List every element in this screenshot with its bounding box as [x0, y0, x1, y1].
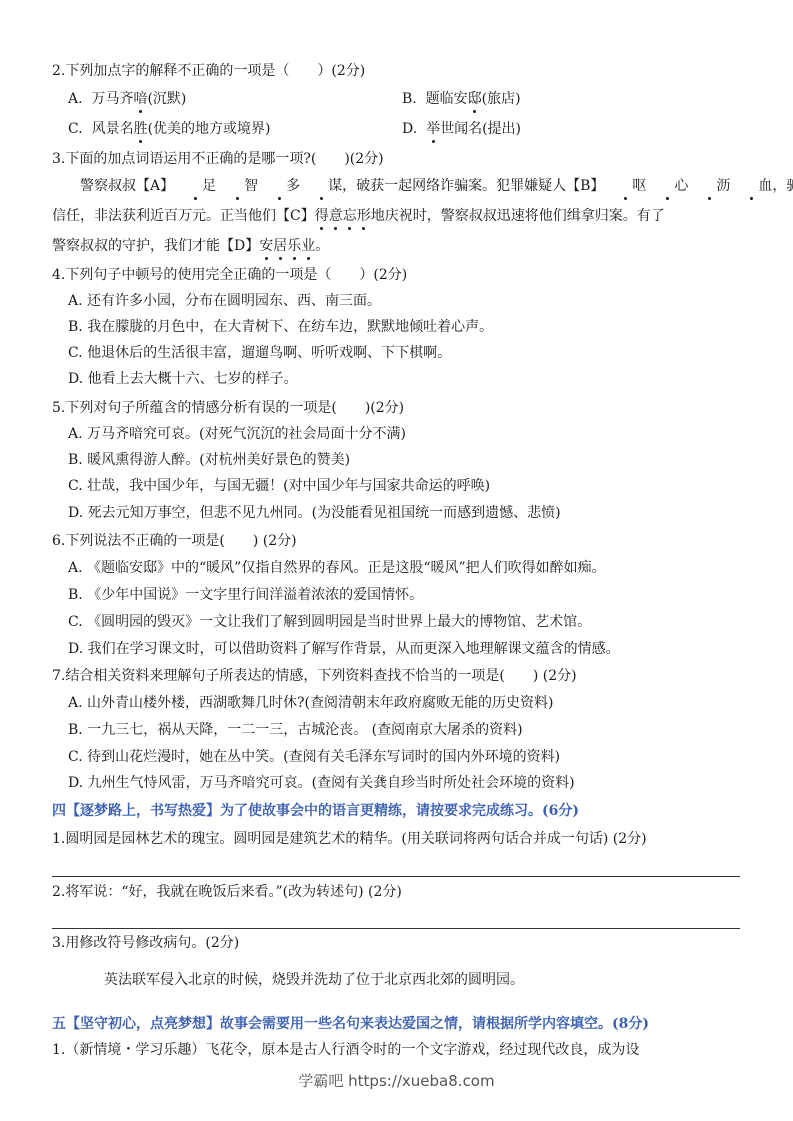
passage-text: 警察叔叔【A】 [80, 178, 174, 194]
section-4-heading: 四【逐梦路上，书写热爱】为了使故事会中的语言更精练，请按要求完成练习。(6分) [52, 801, 763, 821]
emphasis-char: 乐 [287, 236, 301, 256]
emphasis-char: 足 [174, 176, 216, 196]
emphasis-char: 胜 [134, 119, 148, 139]
q4-stem: 4.下列句子中顿号的使用完全正确的一项是（ ）(2分) [52, 265, 763, 285]
emphasis-char: 智 [216, 176, 258, 196]
emphasis-char: 多 [258, 176, 300, 196]
emphasis-char: 忘 [343, 206, 357, 226]
option-label: A. [68, 91, 83, 107]
q3-stem: 3.下面的加点词语运用不正确的是哪一项?( )(2分) [52, 149, 763, 169]
option-label: D. [402, 121, 417, 137]
passage-text: 信任，非法获利近百万元。正当他们【C】 [52, 208, 315, 224]
emphasis-char: 安 [259, 236, 273, 256]
q4-option-d: D. 他看上去大概十六、七岁的样子。 [68, 369, 763, 389]
q2-stem: 2.下列加点字的解释不正确的一项是（ ）(2分) [52, 61, 763, 81]
q7-stem: 7.结合相关资料来理解句子所表达的情感，下列资料查找不恰当的一项是( ) (2分… [52, 666, 763, 686]
q3-passage-line-3: 警察叔叔的守护，我们才能【D】安居乐业。 [52, 236, 763, 256]
emphasis-char: 血 [730, 176, 772, 196]
q6-option-a: A. 《题临安邸》中的“暖风”仅指自然界的春风。正是这股“暖风”把人们吹得如醉如… [68, 558, 763, 578]
option-text: (沉默) [147, 91, 186, 107]
q3-passage-line-2: 信任，非法获利近百万元。正当他们【C】得意忘形地庆祝时，警察叔叔迅速将他们缉拿归… [52, 206, 763, 226]
q7-option-a: A. 山外青山楼外楼，西湖歌舞几时休?(查阅清朝末年政府腐败无能的历史资料) [68, 693, 763, 713]
emphasis-char: 得 [315, 206, 329, 226]
emphasis-char: 业 [301, 236, 315, 256]
q2-option-d: D. 举世闻名(提出) [402, 119, 763, 139]
option-text: (优美的地方或境界) [148, 121, 271, 137]
emphasis-char: 沥 [688, 176, 730, 196]
answer-line-1[interactable] [52, 876, 740, 877]
exam-page: 2.下列加点字的解释不正确的一项是（ ）(2分) A. 万马齐喑(沉默) B. … [0, 0, 793, 1121]
emphasis-char: 居 [273, 236, 287, 256]
q5-option-a: A. 万马齐喑究可哀。(对死气沉沉的社会局面十分不满) [68, 424, 763, 444]
emphasis-char: 呕 [604, 176, 646, 196]
q3-passage-line-1: 警察叔叔【A】足智多谋，破获一起网络诈骗案。犯罪嫌疑人【B】呕心沥血，骗取多位事… [52, 176, 763, 196]
passage-text: ，破获一起网络诈骗案。犯罪嫌疑人【B】 [342, 178, 604, 194]
q7-option-c: C. 待到山花烂漫时，她在丛中笑。(查阅有关毛泽东写词时的国内外环境的资料) [68, 747, 763, 767]
q5-option-d: D. 死去元知万事空，但悲不见九州同。(为没能看见祖国统一而感到遗憾、悲愤) [68, 503, 763, 523]
emphasis-char: 心 [646, 176, 688, 196]
option-text: 万马齐 [91, 91, 133, 107]
watermark: 学霸吧 https://xueba8.com [0, 1070, 793, 1091]
section-4-q3-sentence: 英法联军侵入北京的时候，烧毁并洗劫了位于北京西北郊的圆明园。 [104, 970, 763, 990]
q7-option-d: D. 九州生气恃风雷，万马齐喑究可哀。(查阅有关龚自珍当时所处社会环境的资料) [68, 773, 763, 793]
q5-stem: 5.下列对句子所蕴含的情感分析有误的一项是( )(2分) [52, 398, 763, 418]
q6-option-d: D. 我们在学习课文时，可以借助资料了解写作背景，从而更深入地理解课文蕴含的情感… [68, 639, 763, 659]
option-text: 题临安 [426, 91, 468, 107]
option-label: B. [402, 91, 417, 107]
passage-text: 警察叔叔的守护，我们才能【D】 [52, 238, 259, 254]
section-4-q3: 3.用修改符号修改病句。(2分) [52, 933, 763, 953]
q4-option-c: C. 他退休后的生活很丰富，遛遛鸟啊、听听戏啊、下下棋啊。 [68, 343, 763, 363]
q5-option-b: B. 暖风熏得游人醉。(对杭州美好景色的赞美) [68, 450, 763, 470]
option-text: (旅店) [482, 91, 521, 107]
option-text: 世闻名(提出) [440, 121, 521, 137]
option-label: C. [68, 121, 83, 137]
passage-text: 。 [315, 238, 329, 254]
q6-option-b: B. 《少年中国说》一文字里行间洋溢着浓浓的爱国情怀。 [68, 585, 763, 605]
q4-option-b: B. 我在朦胧的月色中，在大青树下、在纺车边，默默地倾吐着心声。 [68, 317, 763, 337]
answer-line-2[interactable] [52, 928, 740, 929]
emphasis-char: 谋 [300, 176, 342, 196]
q4-option-a: A. 还有许多小园，分布在圆明园东、西、南三面。 [68, 291, 763, 311]
section-4-q2: 2.将军说：“好，我就在晚饭后来看。”(改为转述句) (2分) [52, 882, 763, 902]
section-5-q1: 1.（新情境・学习乐趣）飞花令，原本是古人行酒令时的一个文字游戏，经过现代改良，… [52, 1040, 763, 1060]
section-5-heading: 五【坚守初心，点亮梦想】故事会需要用一些名句来表达爱国之情，请根据所学内容填空。… [52, 1014, 763, 1034]
emphasis-char: 意 [329, 206, 343, 226]
emphasis-char: 举 [426, 119, 440, 139]
emphasis-char: 喑 [133, 89, 147, 109]
emphasis-char: 邸 [468, 89, 482, 109]
q6-option-c: C. 《圆明园的毁灭》一文让我们了解到圆明园是当时世界上最大的博物馆、艺术馆。 [68, 612, 763, 632]
section-4-q1: 1.圆明园是园林艺术的瑰宝。圆明园是建筑艺术的精华。(用关联词将两句话合并成一句… [52, 829, 763, 849]
q6-stem: 6.下列说法不正确的一项是( ) (2分) [52, 531, 763, 551]
passage-text: ，骗取多位事主的 [772, 178, 793, 194]
passage-text: 地庆祝时，警察叔叔迅速将他们缉拿归案。有了 [371, 208, 665, 224]
q5-option-c: C. 壮哉，我中国少年，与国无疆！(对中国少年与国家共命运的呼唤) [68, 476, 763, 496]
emphasis-char: 形 [357, 206, 371, 226]
q7-option-b: B. 一九三七，祸从天降，一二一三，古城沦丧。 (查阅南京大屠杀的资料) [68, 720, 763, 740]
option-text: 风景名 [92, 121, 134, 137]
q2-option-b: B. 题临安邸(旅店) [402, 89, 763, 109]
